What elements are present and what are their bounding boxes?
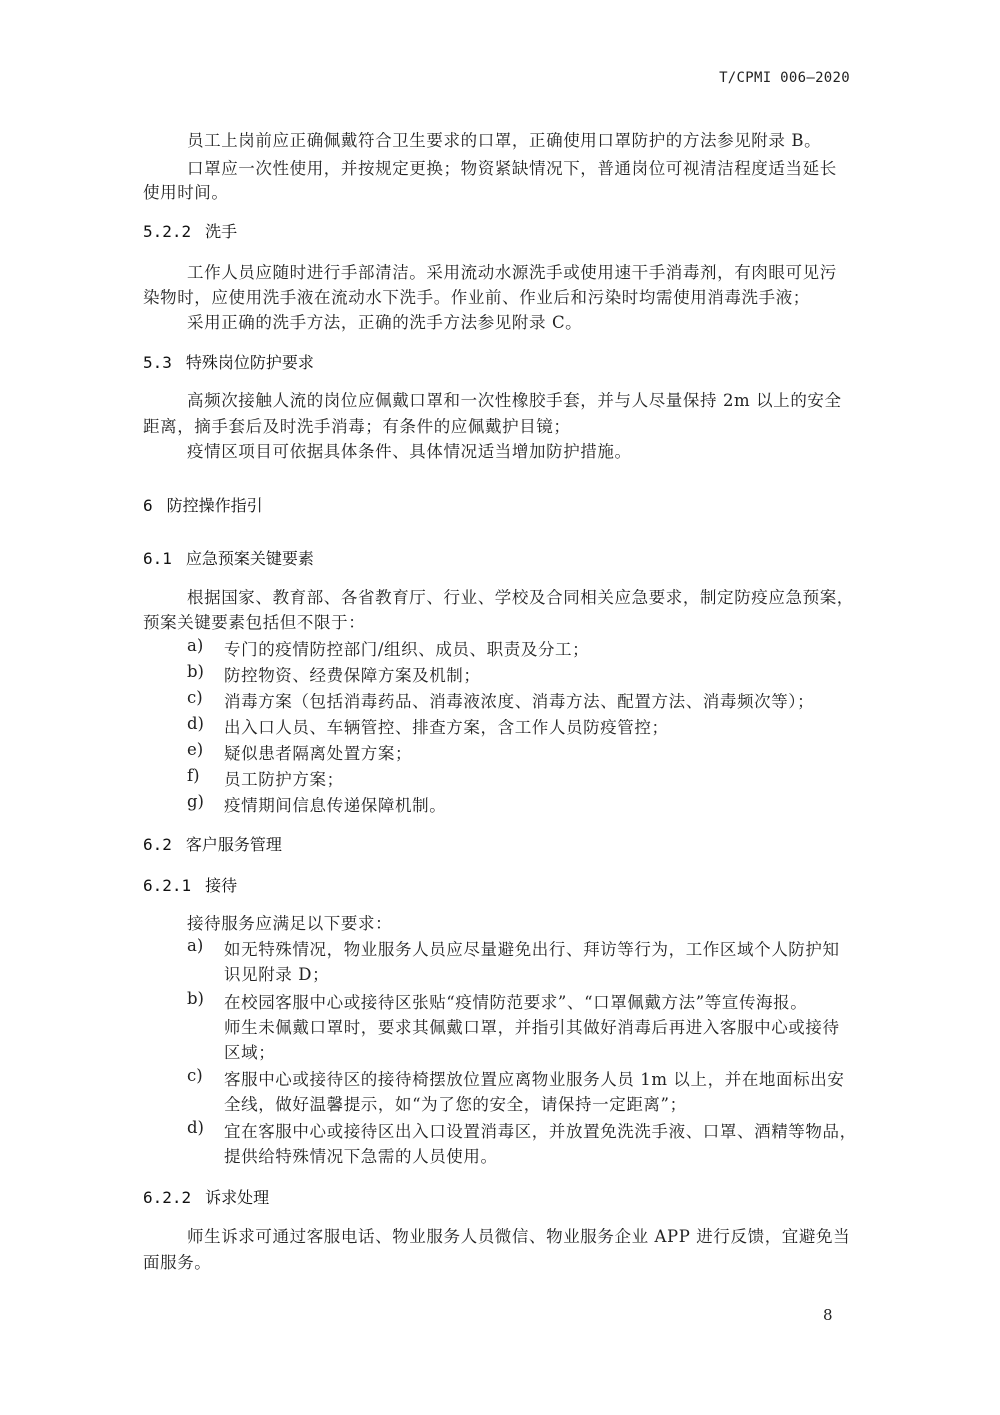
section-heading-5-3: 5.3特殊岗位防护要求: [143, 350, 314, 373]
paragraph: 工作人员应随时进行手部清洁。采用流动水源洗手或使用速干手消毒剂，有肉眼可见污: [187, 259, 837, 283]
list-item: 专门的疫情防控部门/组织、成员、职责及分工；: [224, 636, 589, 660]
list-marker: f): [187, 766, 200, 785]
section-title: 特殊岗位防护要求: [186, 350, 314, 373]
section-number: 6: [143, 496, 153, 515]
section-title: 诉求处理: [205, 1185, 269, 1208]
list-item-line: 全线，做好温馨提示，如“为了您的安全，请保持一定距离”；: [224, 1091, 687, 1115]
paragraph: 口罩应一次性使用，并按规定更换；物资紧缺情况下，普通岗位可视清洁程度适当延长: [187, 155, 837, 179]
paragraph: 疫情区项目可依据具体条件、具体情况适当增加防护措施。: [187, 438, 632, 462]
list-marker: b): [187, 989, 204, 1008]
page-number: 8: [823, 1306, 833, 1324]
paragraph: 接待服务应满足以下要求：: [187, 910, 392, 934]
section-title: 防控操作指引: [167, 493, 263, 516]
section-number: 6.2.2: [143, 1188, 191, 1207]
list-marker: a): [187, 936, 203, 955]
paragraph-continuation: 预案关键要素包括但不限于：: [143, 609, 365, 633]
paragraph-continuation: 使用时间。: [143, 179, 229, 203]
paragraph-continuation: 面服务。: [143, 1249, 211, 1273]
paragraph-continuation: 染物时，应使用洗手液在流动水下洗手。作业前、作业后和污染时均需使用消毒洗手液；: [143, 284, 810, 308]
section-heading-6-2: 6.2客户服务管理: [143, 832, 282, 855]
list-marker: d): [187, 714, 204, 733]
list-marker: b): [187, 662, 204, 681]
list-item: 员工防护方案；: [224, 766, 344, 790]
standard-code-header: T/CPMI 006—2020: [719, 70, 850, 86]
section-heading-5-2-2: 5.2.2洗手: [143, 219, 237, 242]
section-number: 6.2: [143, 835, 172, 854]
list-item-line: 区域；: [224, 1039, 275, 1063]
list-item: 出入口人员、车辆管控、排查方案，含工作人员防疫管控；: [224, 714, 669, 738]
list-item-line: 在校园客服中心或接待区张贴“疫情防范要求”、“口罩佩戴方法”等宣传海报。: [224, 989, 807, 1013]
list-marker: e): [187, 740, 203, 759]
section-title: 客户服务管理: [186, 832, 282, 855]
section-heading-6: 6防控操作指引: [143, 493, 263, 516]
section-heading-6-1: 6.1应急预案关键要素: [143, 546, 314, 569]
section-number: 6.2.1: [143, 876, 191, 895]
paragraph-continuation: 距离，摘手套后及时洗手消毒；有条件的应佩戴护目镜；: [143, 413, 571, 437]
paragraph: 高频次接触人流的岗位应佩戴口罩和一次性橡胶手套，并与人尽量保持 2m 以上的安全: [187, 387, 842, 411]
list-marker: g): [187, 792, 204, 811]
list-marker: d): [187, 1118, 204, 1137]
list-item-line: 宜在客服中心或接待区出入口设置消毒区，并放置免洗洗手液、口罩、酒精等物品，: [224, 1118, 857, 1142]
section-title: 洗手: [205, 219, 237, 242]
paragraph: 根据国家、教育部、各省教育厅、行业、学校及合同相关应急要求，制定防疫应急预案，: [187, 584, 854, 608]
list-marker: c): [187, 1066, 203, 1085]
list-item: 防控物资、经费保障方案及机制；: [224, 662, 481, 686]
list-item-line: 识见附录 D；: [224, 961, 329, 985]
list-item-line: 客服中心或接待区的接待椅摆放位置应离物业服务人员 1m 以上，并在地面标出安: [224, 1066, 844, 1090]
section-heading-6-2-2: 6.2.2诉求处理: [143, 1185, 269, 1208]
list-item: 消毒方案（包括消毒药品、消毒液浓度、消毒方法、配置方法、消毒频次等）；: [224, 688, 814, 712]
list-item: 疫情期间信息传递保障机制。: [224, 792, 446, 816]
paragraph: 师生诉求可通过客服电话、物业服务人员微信、物业服务企业 APP 进行反馈，宜避免…: [187, 1223, 850, 1247]
list-item-line: 如无特殊情况，物业服务人员应尽量避免出行、拜访等行为，工作区域个人防护知: [224, 936, 840, 960]
document-page: T/CPMI 006—2020 员工上岗前应正确佩戴符合卫生要求的口罩，正确使用…: [0, 0, 1000, 1415]
section-number: 5.3: [143, 353, 172, 372]
section-title: 接待: [205, 873, 237, 896]
list-item: 疑似患者隔离处置方案；: [224, 740, 412, 764]
section-number: 5.2.2: [143, 222, 191, 241]
paragraph: 采用正确的洗手方法，正确的洗手方法参见附录 C。: [187, 309, 582, 333]
list-marker: c): [187, 688, 203, 707]
section-number: 6.1: [143, 549, 172, 568]
list-item-line: 提供给特殊情况下急需的人员使用。: [224, 1143, 498, 1167]
list-marker: a): [187, 636, 203, 655]
paragraph: 员工上岗前应正确佩戴符合卫生要求的口罩，正确使用口罩防护的方法参见附录 B。: [187, 127, 821, 151]
section-title: 应急预案关键要素: [186, 546, 314, 569]
section-heading-6-2-1: 6.2.1接待: [143, 873, 237, 896]
list-item-line: 师生未佩戴口罩时，要求其佩戴口罩，并指引其做好消毒后再进入客服中心或接待: [224, 1014, 840, 1038]
